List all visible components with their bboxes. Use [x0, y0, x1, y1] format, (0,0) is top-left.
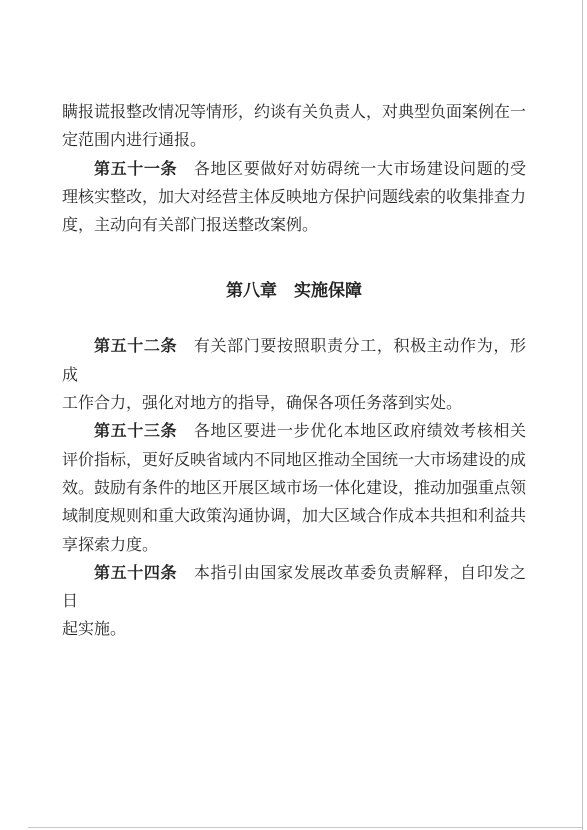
article-number: 第五十二条	[94, 338, 177, 355]
text-line: 享探索力度。	[62, 532, 526, 560]
text-line: 度，主动向有关部门报送整改案例。	[62, 212, 526, 240]
paragraph: 第五十四条 本指引由国家发展改革委负责解释，自印发之日起实施。	[62, 560, 526, 645]
text-line: 起实施。	[62, 616, 526, 644]
article-number: 第五十三条	[94, 423, 177, 440]
paragraph: 第五十一条 各地区要做好对妨碍统一大市场建设问题的受理核实整改，加大对经营主体反…	[62, 156, 526, 241]
document-content: 瞒报谎报整改情况等情形，约谈有关负责人，对典型负面案例在一定范围内进行通报。第五…	[62, 0, 526, 645]
text-line: 效。鼓励有条件的地区开展区域市场一体化建设，推动加强重点领	[62, 475, 526, 503]
article-text: 各地区要做好对妨碍统一大市场建设问题的受	[177, 161, 526, 178]
document-page: 瞒报谎报整改情况等情形，约谈有关负责人，对典型负面案例在一定范围内进行通报。第五…	[0, 0, 583, 830]
paragraphs-after-heading: 第五十二条 有关部门要按照职责分工，积极主动作为，形成工作合力，强化对地方的指导…	[62, 333, 526, 644]
article-text: 效。鼓励有条件的地区开展区域市场一体化建设，推动加强重点领	[62, 480, 526, 497]
article-number: 第五十四条	[94, 565, 177, 582]
article-text: 度，主动向有关部门报送整改案例。	[62, 217, 318, 234]
text-line: 第五十三条 各地区要进一步优化本地区政府绩效考核相关	[62, 418, 526, 446]
text-line: 评价指标，更好反映省域内不同地区推动全国统一大市场建设的成	[62, 447, 526, 475]
text-line: 定范围内进行通报。	[62, 127, 526, 155]
paragraph: 瞒报谎报整改情况等情形，约谈有关负责人，对典型负面案例在一定范围内进行通报。	[62, 99, 526, 156]
article-text: 理核实整改，加大对经营主体反映地方保护问题线索的收集排查力	[62, 189, 526, 206]
text-line: 域制度规则和重大政策沟通协调，加大区域合作成本共担和利益共	[62, 503, 526, 531]
article-number: 第五十一条	[94, 161, 177, 178]
paragraph: 第五十二条 有关部门要按照职责分工，积极主动作为，形成工作合力，强化对地方的指导…	[62, 333, 526, 418]
article-text: 起实施。	[62, 621, 126, 638]
text-line: 第五十四条 本指引由国家发展改革委负责解释，自印发之日	[62, 560, 526, 617]
text-line: 理核实整改，加大对经营主体反映地方保护问题线索的收集排查力	[62, 184, 526, 212]
article-text: 定范围内进行通报。	[62, 132, 206, 149]
article-text: 工作合力，强化对地方的指导，确保各项任务落到实处。	[62, 395, 462, 412]
article-text: 域制度规则和重大政策沟通协调，加大区域合作成本共担和利益共	[62, 508, 526, 525]
article-text: 瞒报谎报整改情况等情形，约谈有关负责人，对典型负面案例在一	[62, 104, 526, 121]
article-text: 享探索力度。	[62, 537, 158, 554]
text-line: 瞒报谎报整改情况等情形，约谈有关负责人，对典型负面案例在一	[62, 99, 526, 127]
text-line: 工作合力，强化对地方的指导，确保各项任务落到实处。	[62, 390, 526, 418]
article-text: 评价指标，更好反映省域内不同地区推动全国统一大市场建设的成	[62, 452, 526, 469]
text-line: 第五十一条 各地区要做好对妨碍统一大市场建设问题的受	[62, 156, 526, 184]
paragraphs-before-heading: 瞒报谎报整改情况等情形，约谈有关负责人，对典型负面案例在一定范围内进行通报。第五…	[62, 99, 526, 240]
chapter-heading: 第八章 实施保障	[62, 277, 526, 305]
article-text: 各地区要进一步优化本地区政府绩效考核相关	[177, 423, 526, 440]
paragraph: 第五十三条 各地区要进一步优化本地区政府绩效考核相关评价指标，更好反映省域内不同…	[62, 418, 526, 559]
text-line: 第五十二条 有关部门要按照职责分工，积极主动作为，形成	[62, 333, 526, 390]
